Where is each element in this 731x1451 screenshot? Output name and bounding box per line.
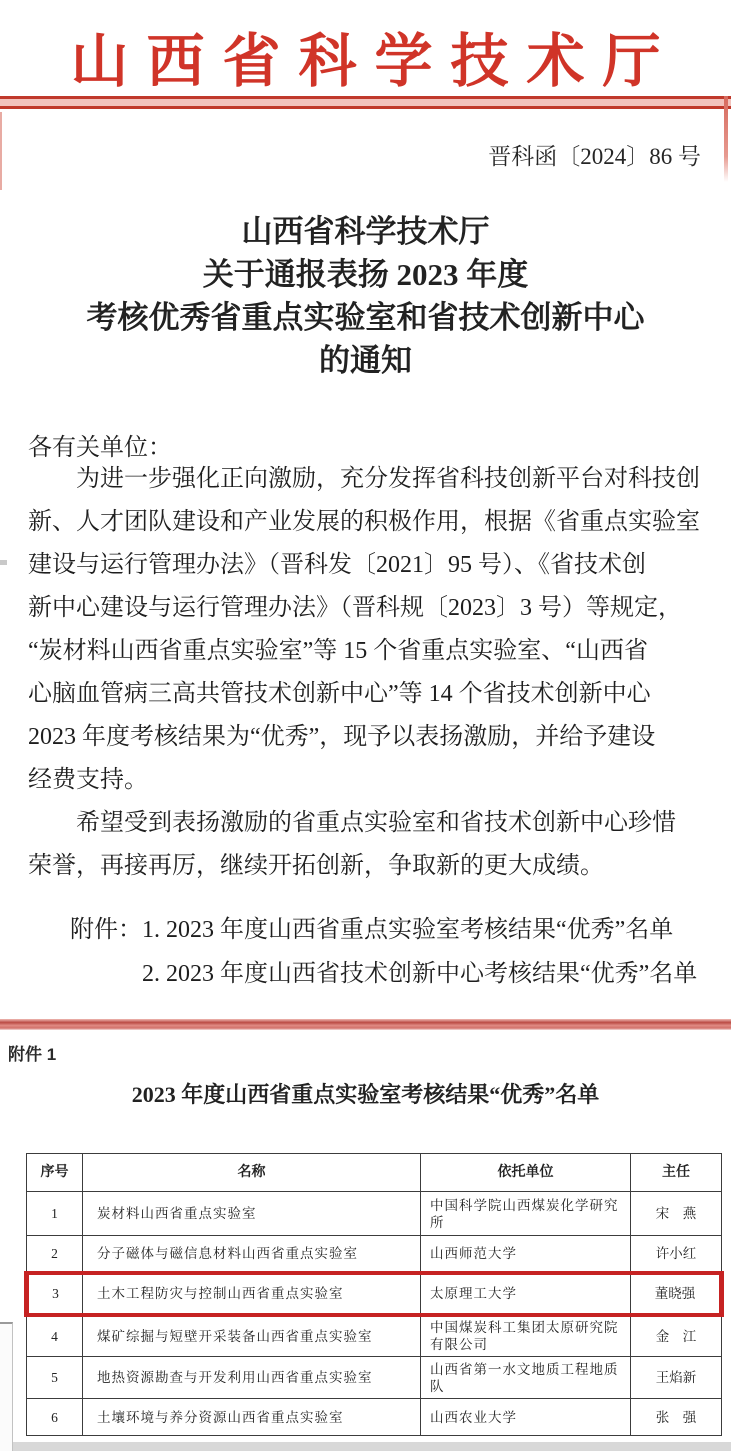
cell-no: 1 <box>27 1192 83 1236</box>
cell-no: 3 <box>27 1273 83 1315</box>
body-line: “炭材料山西省重点实验室”等 15 个省重点实验室、“山西省 <box>28 630 707 673</box>
body-paragraph-2: 希望受到表扬激励的省重点实验室和省技术创新中心珍惜 荣誉，再接再厉，继续开拓创新… <box>28 802 707 888</box>
table-row: 5 地热资源勘查与开发利用山西省重点实验室 山西省第一水文地质工程地质队 王焰新 <box>27 1357 722 1399</box>
scan-artifact-bottom-band <box>13 1442 731 1451</box>
scan-artifact-gray-dash <box>0 560 7 565</box>
table-row: 6 土壤环境与养分资源山西省重点实验室 山西农业大学 张 强 <box>27 1399 722 1436</box>
header-org: 依托单位 <box>421 1154 631 1192</box>
cell-no: 2 <box>27 1236 83 1273</box>
cell-no: 4 <box>27 1315 83 1357</box>
cell-lab-name: 分子磁体与磁信息材料山西省重点实验室 <box>83 1236 421 1273</box>
table-header-row: 序号 名称 依托单位 主任 <box>27 1154 722 1192</box>
body-line: 建设与运行管理办法》（晋科发〔2021〕95 号）、《省技术创 <box>28 544 707 587</box>
cell-no: 5 <box>27 1357 83 1399</box>
attachments-label: 附件： <box>70 917 142 943</box>
scan-artifact-red-right-edge <box>724 96 728 182</box>
notice-title-line-2: 关于通报表扬 2023 年度 <box>0 253 731 296</box>
body-paragraph-1: 为进一步强化正向激励，充分发挥省科技创新平台对科技创 新、人才团队建设和产业发展… <box>28 458 707 802</box>
cell-lab-name: 土木工程防灾与控制山西省重点实验室 <box>83 1273 421 1315</box>
cell-director: 董晓强 <box>631 1273 722 1315</box>
body-line: 新中心建设与运行管理办法》（晋科规〔2023〕3 号）等规定， <box>28 587 707 630</box>
notice-title-line-4: 的通知 <box>0 339 731 382</box>
cell-director: 许小红 <box>631 1236 722 1273</box>
body-line: 希望受到表扬激励的省重点实验室和省技术创新中心珍惜 <box>28 802 707 845</box>
cell-host-org: 山西农业大学 <box>421 1399 631 1436</box>
page-separator-line <box>0 1019 731 1030</box>
header-name: 名称 <box>83 1154 421 1192</box>
attachment-item-2: 2. 2023 年度山西省技术创新中心考核结果“优秀”名单 <box>142 952 697 996</box>
cell-host-org: 山西省第一水文地质工程地质队 <box>421 1357 631 1399</box>
cell-director: 王焰新 <box>631 1357 722 1399</box>
letterhead-divider-rule <box>0 96 731 109</box>
table-row: 2 分子磁体与磁信息材料山西省重点实验室 山西师范大学 许小红 <box>27 1236 722 1273</box>
cell-lab-name: 炭材料山西省重点实验室 <box>83 1192 421 1236</box>
salutation: 各有关单位： <box>28 427 172 462</box>
cell-host-org: 中国科学院山西煤炭化学研究所 <box>421 1192 631 1236</box>
cell-host-org: 中国煤炭科工集团太原研究院有限公司 <box>421 1315 631 1357</box>
table-row-highlighted: 3 土木工程防灾与控制山西省重点实验室 太原理工大学 董晓强 <box>27 1273 722 1315</box>
annex-title: 2023 年度山西省重点实验室考核结果“优秀”名单 <box>0 1078 731 1109</box>
scan-artifact-left-strip <box>0 1322 13 1451</box>
excellent-labs-table: 序号 名称 依托单位 主任 1 炭材料山西省重点实验室 中国科学院山西煤炭化学研… <box>24 1153 724 1436</box>
cell-host-org: 山西师范大学 <box>421 1236 631 1273</box>
body-line: 荣誉，再接再厉，继续开拓创新，争取新的更大成绩。 <box>28 845 707 888</box>
notice-title-line-1: 山西省科学技术厅 <box>0 210 731 253</box>
document-number: 晋科函〔2024〕86 号 <box>488 138 701 171</box>
header-director: 主任 <box>631 1154 722 1192</box>
notice-title-line-3: 考核优秀省重点实验室和省技术创新中心 <box>0 296 731 339</box>
notice-title: 山西省科学技术厅 关于通报表扬 2023 年度 考核优秀省重点实验室和省技术创新… <box>0 210 731 382</box>
cell-director: 宋 燕 <box>631 1192 722 1236</box>
cell-lab-name: 土壤环境与养分资源山西省重点实验室 <box>83 1399 421 1436</box>
body-line: 心脑血管病三高共管技术创新中心”等 14 个省技术创新中心 <box>28 673 707 716</box>
body-line: 经费支持。 <box>28 759 707 802</box>
cell-director: 金 江 <box>631 1315 722 1357</box>
body-line: 新、人才团队建设和产业发展的积极作用，根据《省重点实验室 <box>28 501 707 544</box>
cell-host-org: 太原理工大学 <box>421 1273 631 1315</box>
scan-artifact-red-left-edge <box>0 112 2 190</box>
header-no: 序号 <box>27 1154 83 1192</box>
attachment-item-1: 1. 2023 年度山西省重点实验室考核结果“优秀”名单 <box>142 917 673 943</box>
table-row: 1 炭材料山西省重点实验室 中国科学院山西煤炭化学研究所 宋 燕 <box>27 1192 722 1236</box>
cell-lab-name: 煤矿综掘与短壁开采装备山西省重点实验室 <box>83 1315 421 1357</box>
body-line: 为进一步强化正向激励，充分发挥省科技创新平台对科技创 <box>28 458 707 501</box>
attachments-list: 附件：1. 2023 年度山西省重点实验室考核结果“优秀”名单 2. 2023 … <box>70 908 697 996</box>
annex-label: 附件 1 <box>8 1040 56 1065</box>
cell-director: 张 强 <box>631 1399 722 1436</box>
agency-letterhead: 山西省科学技术厅 <box>0 14 731 98</box>
cell-lab-name: 地热资源勘查与开发利用山西省重点实验室 <box>83 1357 421 1399</box>
attachment-item-1-line: 附件：1. 2023 年度山西省重点实验室考核结果“优秀”名单 <box>70 908 697 952</box>
body-line: 2023 年度考核结果为“优秀”，现予以表扬激励，并给予建设 <box>28 716 707 759</box>
cell-no: 6 <box>27 1399 83 1436</box>
table-row: 4 煤矿综掘与短壁开采装备山西省重点实验室 中国煤炭科工集团太原研究院有限公司 … <box>27 1315 722 1357</box>
